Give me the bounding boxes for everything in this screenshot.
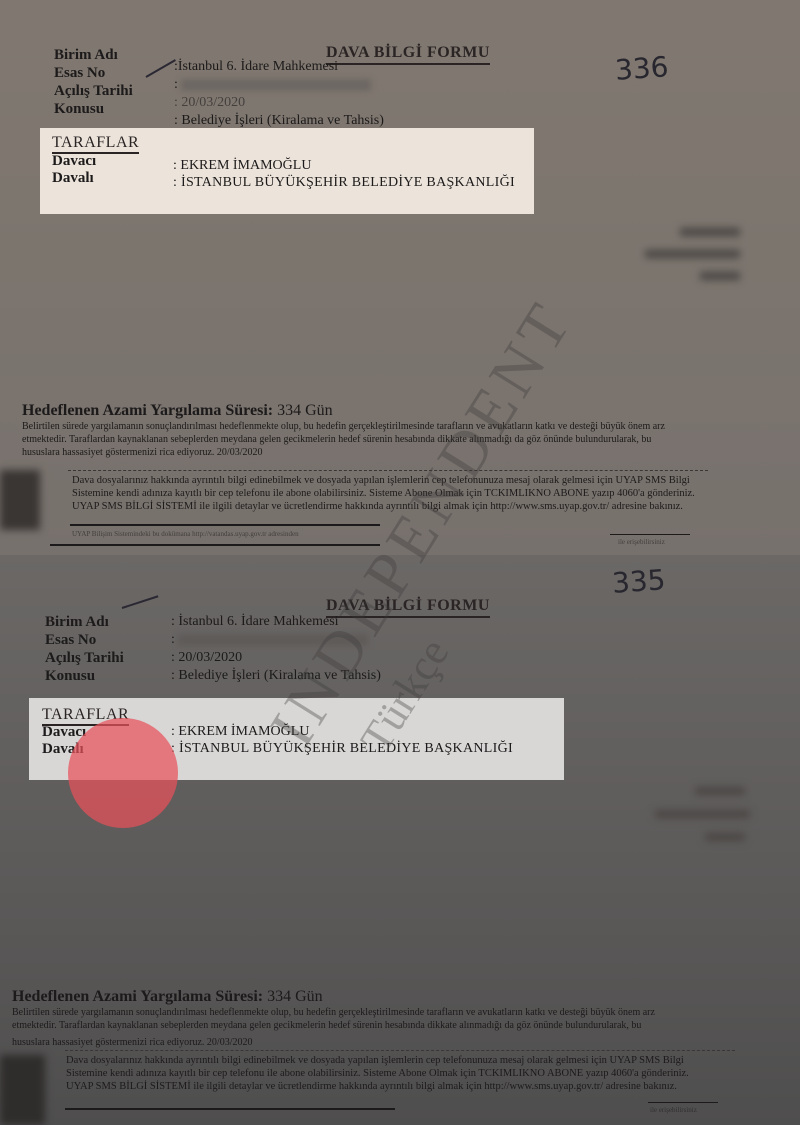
- dashed-divider: [65, 1050, 735, 1051]
- target-duration-text: Belirtilen sürede yargılamanın sonuçland…: [12, 1006, 782, 1049]
- dashed-divider: [68, 470, 708, 471]
- footer-rule: [70, 524, 380, 526]
- redacted-block: [680, 228, 740, 236]
- pen-mark: [146, 59, 176, 78]
- independent-logo-icon: [68, 718, 178, 828]
- field-label: Esas No: [45, 631, 124, 649]
- parties-heading: TARAFLAR: [52, 134, 139, 154]
- target-duration-value: 334 Gün: [267, 988, 323, 1005]
- redacted-block: [705, 833, 745, 841]
- target-duration-value: 334 Gün: [277, 402, 333, 419]
- field-label: Esas No: [54, 64, 133, 82]
- redacted-block: [0, 1055, 45, 1125]
- footer-left: UYAP Bilişim Sistemindeki bu dokümana ht…: [72, 530, 299, 538]
- field-label: Konusu: [45, 667, 124, 685]
- field-label: Açılış Tarihi: [45, 649, 124, 667]
- field-value-court: :İstanbul 6. İdare Mahkemesi: [174, 58, 384, 76]
- document-page-1: DAVA BİLGİ FORMU 336 Birim Adı Esas No A…: [0, 0, 800, 555]
- defendant-value: : İSTANBUL BÜYÜKŞEHİR BELEDİYE BAŞKANLIĞ…: [173, 174, 515, 192]
- footer-rule: [648, 1102, 718, 1103]
- parties-box: TARAFLAR Davacı Davalı : EKREM İMAMOĞLU …: [40, 128, 534, 214]
- handwritten-page-number: 336: [614, 50, 670, 87]
- plaintiff-value: : EKREM İMAMOĞLU: [173, 157, 311, 175]
- footer-rule: [50, 544, 380, 546]
- field-label: Açılış Tarihi: [54, 82, 133, 100]
- case-field-values: :İstanbul 6. İdare Mahkemesi : : 20/03/2…: [174, 58, 384, 130]
- pen-mark: [122, 595, 159, 609]
- target-duration-title: Hedeflenen Azami Yargılama Süresi: 334 G…: [12, 988, 323, 1006]
- footer-rule: [65, 1108, 395, 1110]
- case-field-labels: Birim Adı Esas No Açılış Tarihi Konusu: [45, 613, 124, 685]
- footer-rule: [610, 534, 690, 535]
- target-duration-title: Hedeflenen Azami Yargılama Süresi: 334 G…: [22, 402, 333, 420]
- field-label: Birim Adı: [54, 46, 133, 64]
- redacted-block: [0, 470, 40, 530]
- sms-info-text: Dava dosyalarınız hakkında ayrıntılı bil…: [66, 1054, 746, 1093]
- case-field-labels: Birim Adı Esas No Açılış Tarihi Konusu: [54, 46, 133, 118]
- defendant-value: : İSTANBUL BÜYÜKŞEHİR BELEDİYE BAŞKANLIĞ…: [171, 740, 513, 758]
- footer-right: ile erişebilirsiniz: [650, 1106, 697, 1114]
- field-value-date: : 20/03/2020: [174, 94, 384, 112]
- footer-right: ile erişebilirsiniz: [618, 538, 665, 546]
- field-value-case-no: :: [174, 76, 384, 94]
- field-label: Konusu: [54, 100, 133, 118]
- document-page-2: DAVA BİLGİ FORMU 335 Birim Adı Esas No A…: [0, 555, 800, 1125]
- redacted-block: [655, 810, 750, 818]
- defendant-label: Davalı: [52, 169, 94, 187]
- redacted-block: [695, 787, 745, 795]
- redacted-block: [700, 272, 740, 280]
- field-label: Birim Adı: [45, 613, 124, 631]
- redacted-block: [645, 250, 740, 258]
- plaintiff-label: Davacı: [52, 152, 96, 170]
- target-duration-text: Belirtilen sürede yargılamanın sonuçland…: [22, 420, 782, 459]
- redacted-block: [181, 79, 371, 91]
- handwritten-page-number: 335: [611, 563, 667, 600]
